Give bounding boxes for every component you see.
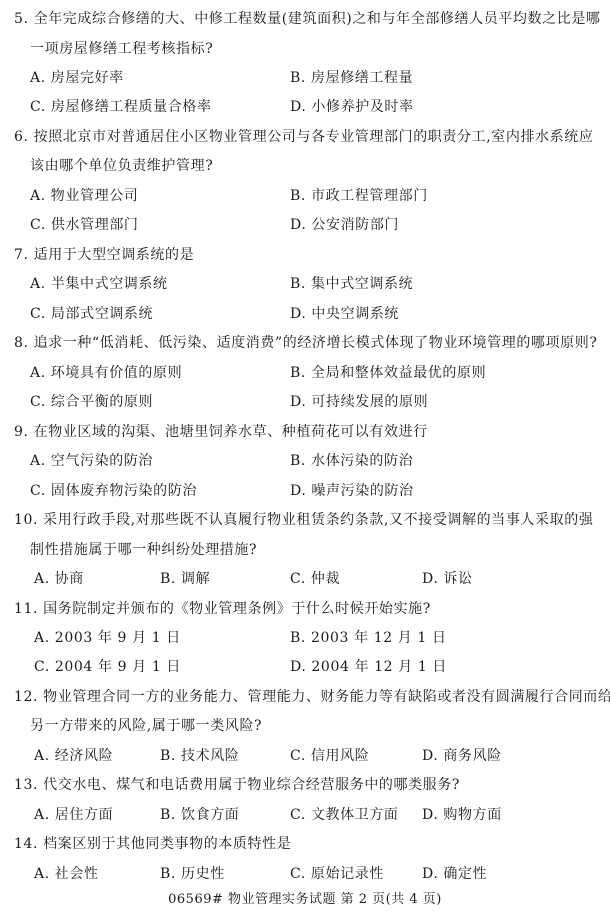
question-9-option-a: A. 空气污染的防治	[30, 450, 153, 472]
question-8-option-a: A. 环境具有价值的原则	[30, 362, 182, 384]
question-6-text-line-2: 该由哪个单位负责维护管理?	[30, 155, 213, 177]
question-7-option-c: C. 局部式空调系统	[30, 303, 153, 325]
question-12-option-a: A. 经济风险	[34, 745, 113, 767]
question-5-text-line-2: 一项房屋修缮工程考核指标?	[30, 38, 213, 60]
question-7-option-b: B. 集中式空调系统	[290, 273, 413, 295]
question-8-option-b: B. 全局和整体效益最优的原则	[290, 362, 486, 384]
question-5-option-c: C. 房屋修缮工程质量合格率	[30, 96, 212, 118]
question-8-option-d: D. 可持续发展的原则	[290, 391, 428, 413]
question-5-text-line-1: 5. 全年完成综合修缮的大、中修工程数量(建筑面积)之和与年全部修缮人员平均数之…	[14, 8, 601, 30]
question-8-option-c: C. 综合平衡的原则	[30, 391, 153, 413]
question-5-option-d: D. 小修养护及时率	[290, 96, 414, 118]
question-13-option-d: D. 购物方面	[422, 804, 502, 826]
question-9-text-line-1: 9. 在物业区域的沟渠、池塘里饲养水草、种植荷花可以有效进行	[14, 421, 428, 443]
question-6-option-b: B. 市政工程管理部门	[290, 185, 428, 207]
question-14-option-c: C. 原始记录性	[290, 863, 384, 885]
question-13-option-a: A. 居住方面	[34, 804, 113, 826]
question-12-text-line-2: 另一方带来的风险,属于哪一类风险?	[30, 715, 262, 737]
question-14-option-d: D. 确定性	[422, 863, 487, 885]
question-10-text-line-2: 制性措施属于哪一种纠纷处理措施?	[30, 539, 257, 561]
question-10-option-c: C. 仲裁	[290, 568, 340, 590]
question-10-text-line-1: 10. 采用行政手段,对那些既不认真履行物业租赁条约条款,又不接受调解的当事人采…	[14, 509, 593, 531]
question-9-option-b: B. 水体污染的防治	[290, 450, 413, 472]
page-footer: 06569# 物业管理实务试题 第 2 页(共 4 页)	[0, 889, 610, 911]
question-13-option-b: B. 饮食方面	[160, 804, 239, 826]
question-11-option-d: D. 2004 年 12 月 1 日	[290, 656, 447, 678]
question-11-text-line-1: 11. 国务院制定并颁布的《物业管理条例》于什么时候开始实施?	[14, 598, 431, 620]
question-9-option-c: C. 固体废弃物污染的防治	[30, 480, 197, 502]
question-7-option-a: A. 半集中式空调系统	[30, 273, 168, 295]
question-11-option-b: B. 2003 年 12 月 1 日	[290, 627, 447, 649]
question-10-option-d: D. 诉讼	[422, 568, 473, 590]
question-13-option-c: C. 文教体卫方面	[290, 804, 399, 826]
question-5-option-a: A. 房屋完好率	[30, 67, 124, 89]
question-12-option-b: B. 技术风险	[160, 745, 239, 767]
question-6-option-a: A. 物业管理公司	[30, 185, 138, 207]
question-6-text-line-1: 6. 按照北京市对普通居住小区物业管理公司与各专业管理部门的职责分工,室内排水系…	[14, 126, 593, 148]
question-10-option-b: B. 调解	[160, 568, 210, 590]
question-11-option-a: A. 2003 年 9 月 1 日	[34, 627, 181, 649]
question-11-option-c: C. 2004 年 9 月 1 日	[34, 656, 181, 678]
question-5-option-b: B. 房屋修缮工程量	[290, 67, 413, 89]
question-14-text-line-1: 14. 档案区别于其他同类事物的本质特性是	[14, 833, 291, 855]
question-6-option-d: D. 公安消防部门	[290, 214, 399, 236]
question-12-text-line-1: 12. 物业管理合同一方的业务能力、管理能力、财务能力等有缺陷或者没有圆满履行合…	[14, 686, 610, 708]
question-6-option-c: C. 供水管理部门	[30, 214, 139, 236]
question-8-text-line-1: 8. 追求一种“低消耗、低污染、适度消费”的经济增长模式体现了物业环境管理的哪项…	[14, 332, 597, 354]
question-7-option-d: D. 中央空调系统	[290, 303, 399, 325]
question-9-option-d: D. 噪声污染的防治	[290, 480, 414, 502]
question-10-option-a: A. 协商	[34, 568, 84, 590]
question-12-option-d: D. 商务风险	[422, 745, 502, 767]
exam-page: 5. 全年完成综合修缮的大、中修工程数量(建筑面积)之和与年全部修缮人员平均数之…	[0, 0, 610, 922]
question-12-option-c: C. 信用风险	[290, 745, 369, 767]
question-7-text-line-1: 7. 适用于大型空调系统的是	[14, 244, 194, 266]
question-14-option-a: A. 社会性	[34, 863, 99, 885]
question-13-text-line-1: 13. 代交水电、煤气和电话费用属于物业综合经营服务中的哪类服务?	[14, 774, 460, 796]
question-14-option-b: B. 历史性	[160, 863, 225, 885]
